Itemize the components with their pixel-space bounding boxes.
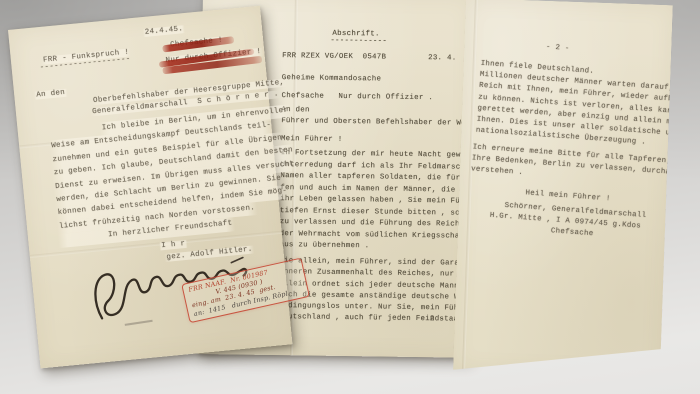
body-paragraph: Ich bleibe in Berlin, um in ehrenvollerW…	[48, 104, 302, 247]
date-line: 24.4.45.	[143, 25, 186, 37]
photo-of-documents: Abschrift. ------------ FRR RZEX VG/OEK …	[0, 0, 700, 394]
body-paragraph-1: Ihnen fiele Deutschland.Millionen deutsc…	[475, 59, 700, 153]
left-page: 24.4.45. Chefsache ! FRR - Funkspruch ! …	[8, 6, 292, 369]
closing-salute: Heil mein Führer !	[525, 189, 611, 203]
page-number: - 2 -	[420, 315, 444, 323]
copy-title-underline: ------------	[330, 37, 387, 46]
right-page: - 2 - Ihnen fiele Deutschland.Millionen …	[453, 0, 673, 377]
right-page-content: - 2 - Ihnen fiele Deutschland.Millionen …	[477, 34, 667, 48]
chefsache-note: Chefsache	[551, 227, 594, 238]
classification-chefsache: Chefsache Nur durch Offizier .	[281, 92, 433, 102]
closing-ihr: I h r	[159, 240, 188, 251]
classification-geheim: Geheime Kommandosache	[282, 74, 382, 83]
telegram-reference: FRR RZEX VG/OEK 0547B	[282, 52, 386, 61]
addressee-line: An den	[34, 89, 67, 100]
page-number: - 2 -	[546, 43, 570, 53]
fold-crease	[462, 0, 478, 370]
